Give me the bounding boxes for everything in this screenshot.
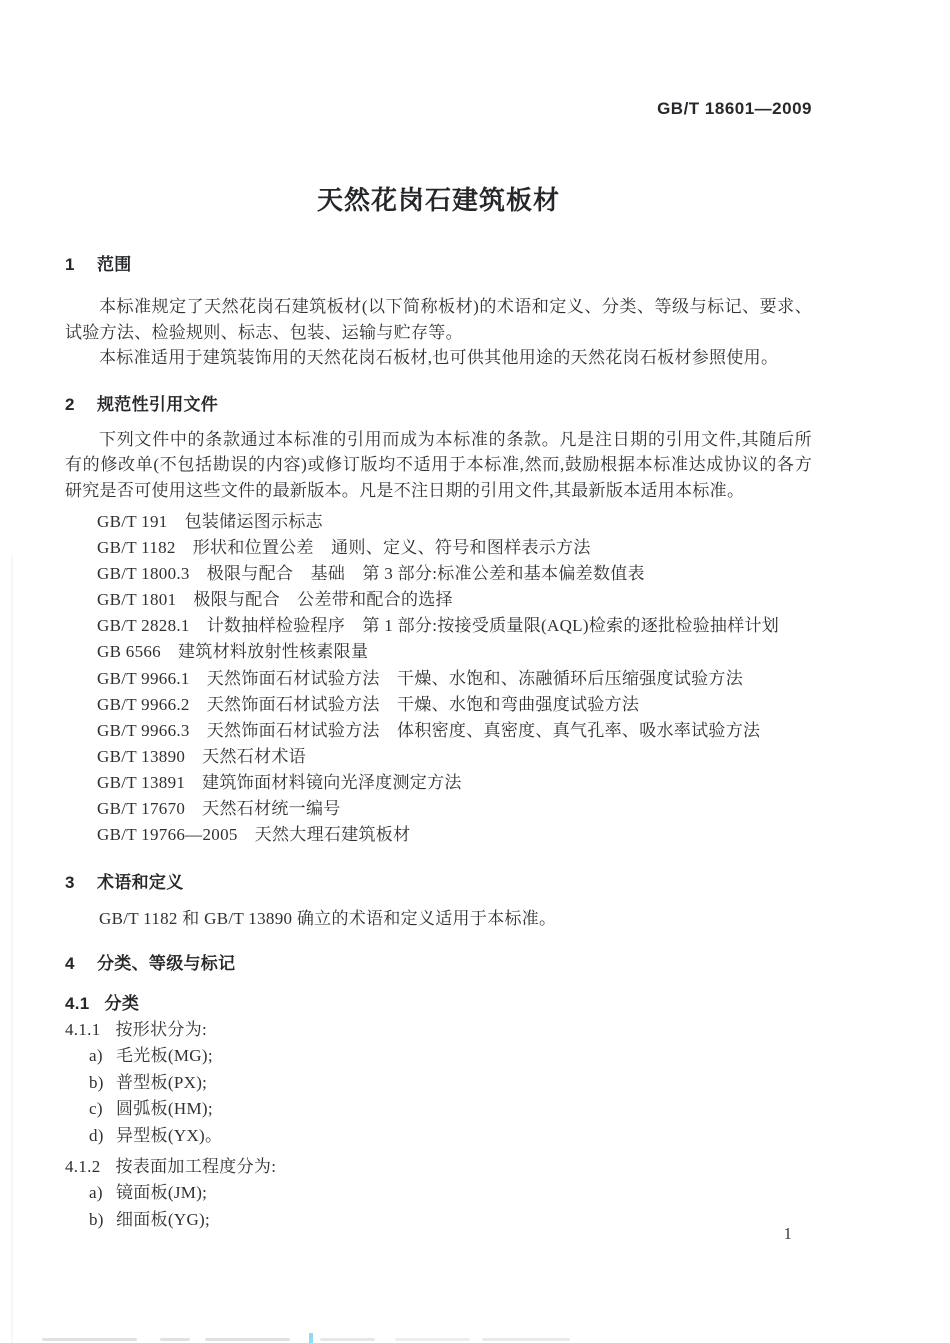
reference-item: GB/T 1182形状和位置公差 通则、定义、符号和图样表示方法 xyxy=(65,535,812,561)
list-item-text: 细面板(YG); xyxy=(116,1207,210,1234)
subsection-heading-4-1: 4.1分类 xyxy=(65,991,812,1017)
normative-refs-intro: 下列文件中的条款通过本标准的引用而成为本标准的条款。凡是注日期的引用文件,其随后… xyxy=(65,427,812,504)
section-number: 2 xyxy=(65,392,82,417)
section-number: 4 xyxy=(65,951,82,976)
list-item: d)异型板(YX)。 xyxy=(65,1123,812,1150)
list-item-text: 异型板(YX)。 xyxy=(116,1123,222,1150)
list-item: a)镜面板(JM); xyxy=(65,1180,812,1207)
section-heading-scope: 1范围 xyxy=(65,252,812,277)
reference-code: GB/T 2828.1 xyxy=(97,613,190,639)
document-body: 1范围 本标准规定了天然花岗石建筑板材(以下简称板材)的术语和定义、分类、等级与… xyxy=(65,252,812,1234)
reference-item: GB/T 191包装储运图示标志 xyxy=(65,509,812,535)
reference-item: GB/T 13891建筑饰面材料镜向光泽度测定方法 xyxy=(65,770,812,796)
scan-artifact-blue-mark xyxy=(309,1333,313,1343)
reference-code: GB/T 19766—2005 xyxy=(97,822,238,848)
reference-code: GB/T 1182 xyxy=(97,535,176,561)
subsection-number: 4.1 xyxy=(65,991,90,1017)
scan-artifact-dash xyxy=(205,1338,290,1341)
reference-title: 极限与配合 公差带和配合的选择 xyxy=(193,587,453,613)
list-item-text: 圆弧板(HM); xyxy=(116,1096,213,1123)
list-item: b)普型板(PX); xyxy=(65,1070,812,1097)
reference-title: 天然大理石建筑板材 xyxy=(255,822,411,848)
section-title: 分类、等级与标记 xyxy=(97,954,235,973)
list-item: b)细面板(YG); xyxy=(65,1207,812,1234)
standard-code-header: GB/T 18601—2009 xyxy=(65,99,812,119)
reference-item: GB/T 9966.2天然饰面石材试验方法 干燥、水饱和弯曲强度试验方法 xyxy=(65,692,812,718)
reference-code: GB/T 13891 xyxy=(97,770,185,796)
scan-artifact-dash xyxy=(42,1338,137,1341)
reference-code: GB/T 191 xyxy=(97,509,168,535)
reference-code: GB/T 1800.3 xyxy=(97,561,190,587)
subsection-title: 按表面加工程度分为: xyxy=(116,1157,277,1176)
terms-paragraph: GB/T 1182 和 GB/T 13890 确立的术语和定义适用于本标准。 xyxy=(65,906,812,932)
list-item-letter: b) xyxy=(89,1070,116,1097)
reference-item: GB/T 9966.3天然饰面石材试验方法 体积密度、真密度、真气孔率、吸水率试… xyxy=(65,718,812,744)
page-number: 1 xyxy=(784,1224,793,1244)
reference-code: GB/T 1801 xyxy=(97,587,176,613)
list-item-letter: a) xyxy=(89,1180,116,1207)
subsection-number: 4.1.1 xyxy=(65,1017,101,1043)
reference-code: GB 6566 xyxy=(97,639,161,665)
section-heading-classification: 4分类、等级与标记 xyxy=(65,951,812,976)
reference-list: GB/T 191包装储运图示标志 GB/T 1182形状和位置公差 通则、定义、… xyxy=(65,509,812,848)
scan-artifact-smudge xyxy=(0,1336,950,1343)
reference-item: GB/T 17670天然石材统一编号 xyxy=(65,796,812,822)
scan-artifact-dash xyxy=(320,1338,375,1341)
subsection-number: 4.1.2 xyxy=(65,1154,101,1180)
reference-title: 天然石材统一编号 xyxy=(202,796,340,822)
reference-title: 天然饰面石材试验方法 干燥、水饱和弯曲强度试验方法 xyxy=(207,692,640,718)
list-item: c)圆弧板(HM); xyxy=(65,1096,812,1123)
subsection-heading-4-1-2: 4.1.2按表面加工程度分为: xyxy=(65,1154,812,1180)
reference-title: 天然饰面石材试验方法 干燥、水饱和、冻融循环后压缩强度试验方法 xyxy=(207,666,743,692)
list-item-letter: d) xyxy=(89,1123,116,1150)
reference-code: GB/T 17670 xyxy=(97,796,185,822)
document-page: GB/T 18601—2009 天然花岗石建筑板材 1范围 本标准规定了天然花岗… xyxy=(0,0,950,1343)
surface-classification-list: a)镜面板(JM); b)细面板(YG); xyxy=(65,1180,812,1234)
section-heading-normative-refs: 2规范性引用文件 xyxy=(65,392,812,417)
subsection-title: 分类 xyxy=(105,994,140,1013)
reference-item: GB 6566建筑材料放射性核素限量 xyxy=(65,639,812,665)
scope-paragraph-1: 本标准规定了天然花岗石建筑板材(以下简称板材)的术语和定义、分类、等级与标记、要… xyxy=(65,294,812,345)
subsection-heading-4-1-1: 4.1.1按形状分为: xyxy=(65,1017,812,1043)
reference-item: GB/T 9966.1天然饰面石材试验方法 干燥、水饱和、冻融循环后压缩强度试验… xyxy=(65,666,812,692)
reference-title: 形状和位置公差 通则、定义、符号和图样表示方法 xyxy=(193,535,591,561)
list-item-letter: a) xyxy=(89,1043,116,1070)
reference-code: GB/T 13890 xyxy=(97,744,185,770)
reference-title: 计数抽样检验程序 第 1 部分:按接受质量限(AQL)检索的逐批检验抽样计划 xyxy=(207,613,779,639)
list-item-letter: c) xyxy=(89,1096,116,1123)
reference-item: GB/T 2828.1计数抽样检验程序 第 1 部分:按接受质量限(AQL)检索… xyxy=(65,613,812,639)
reference-title: 建筑饰面材料镜向光泽度测定方法 xyxy=(202,770,462,796)
scope-paragraph-2: 本标准适用于建筑装饰用的天然花岗石板材,也可供其他用途的天然花岗石板材参照使用。 xyxy=(65,345,812,371)
list-item: a)毛光板(MG); xyxy=(65,1043,812,1070)
shape-classification-list: a)毛光板(MG); b)普型板(PX); c)圆弧板(HM); d)异型板(Y… xyxy=(65,1043,812,1150)
reference-code: GB/T 9966.2 xyxy=(97,692,190,718)
reference-title: 极限与配合 基础 第 3 部分:标准公差和基本偏差数值表 xyxy=(207,561,645,587)
section-number: 1 xyxy=(65,252,82,277)
scan-artifact-edge-line xyxy=(11,555,13,1343)
reference-item: GB/T 19766—2005天然大理石建筑板材 xyxy=(65,822,812,848)
reference-title: 包装储运图示标志 xyxy=(185,509,323,535)
section-title: 规范性引用文件 xyxy=(97,395,218,414)
document-title: 天然花岗石建筑板材 xyxy=(65,180,812,217)
subsection-title: 按形状分为: xyxy=(116,1020,208,1039)
reference-code: GB/T 9966.1 xyxy=(97,666,190,692)
section-title: 术语和定义 xyxy=(97,873,184,892)
section-heading-terms: 3术语和定义 xyxy=(65,870,812,895)
reference-item: GB/T 1801极限与配合 公差带和配合的选择 xyxy=(65,587,812,613)
list-item-text: 普型板(PX); xyxy=(116,1070,207,1097)
reference-title: 建筑材料放射性核素限量 xyxy=(178,639,368,665)
reference-code: GB/T 9966.3 xyxy=(97,718,190,744)
reference-item: GB/T 13890天然石材术语 xyxy=(65,744,812,770)
scan-artifact-dash xyxy=(482,1338,570,1341)
reference-item: GB/T 1800.3极限与配合 基础 第 3 部分:标准公差和基本偏差数值表 xyxy=(65,561,812,587)
reference-title: 天然石材术语 xyxy=(202,744,306,770)
reference-title: 天然饰面石材试验方法 体积密度、真密度、真气孔率、吸水率试验方法 xyxy=(207,718,761,744)
list-item-text: 镜面板(JM); xyxy=(116,1180,207,1207)
scan-artifact-dash xyxy=(160,1338,190,1341)
list-item-letter: b) xyxy=(89,1207,116,1234)
section-title: 范围 xyxy=(97,255,132,274)
section-number: 3 xyxy=(65,870,82,895)
scan-artifact-dash xyxy=(395,1338,470,1341)
list-item-text: 毛光板(MG); xyxy=(116,1043,213,1070)
